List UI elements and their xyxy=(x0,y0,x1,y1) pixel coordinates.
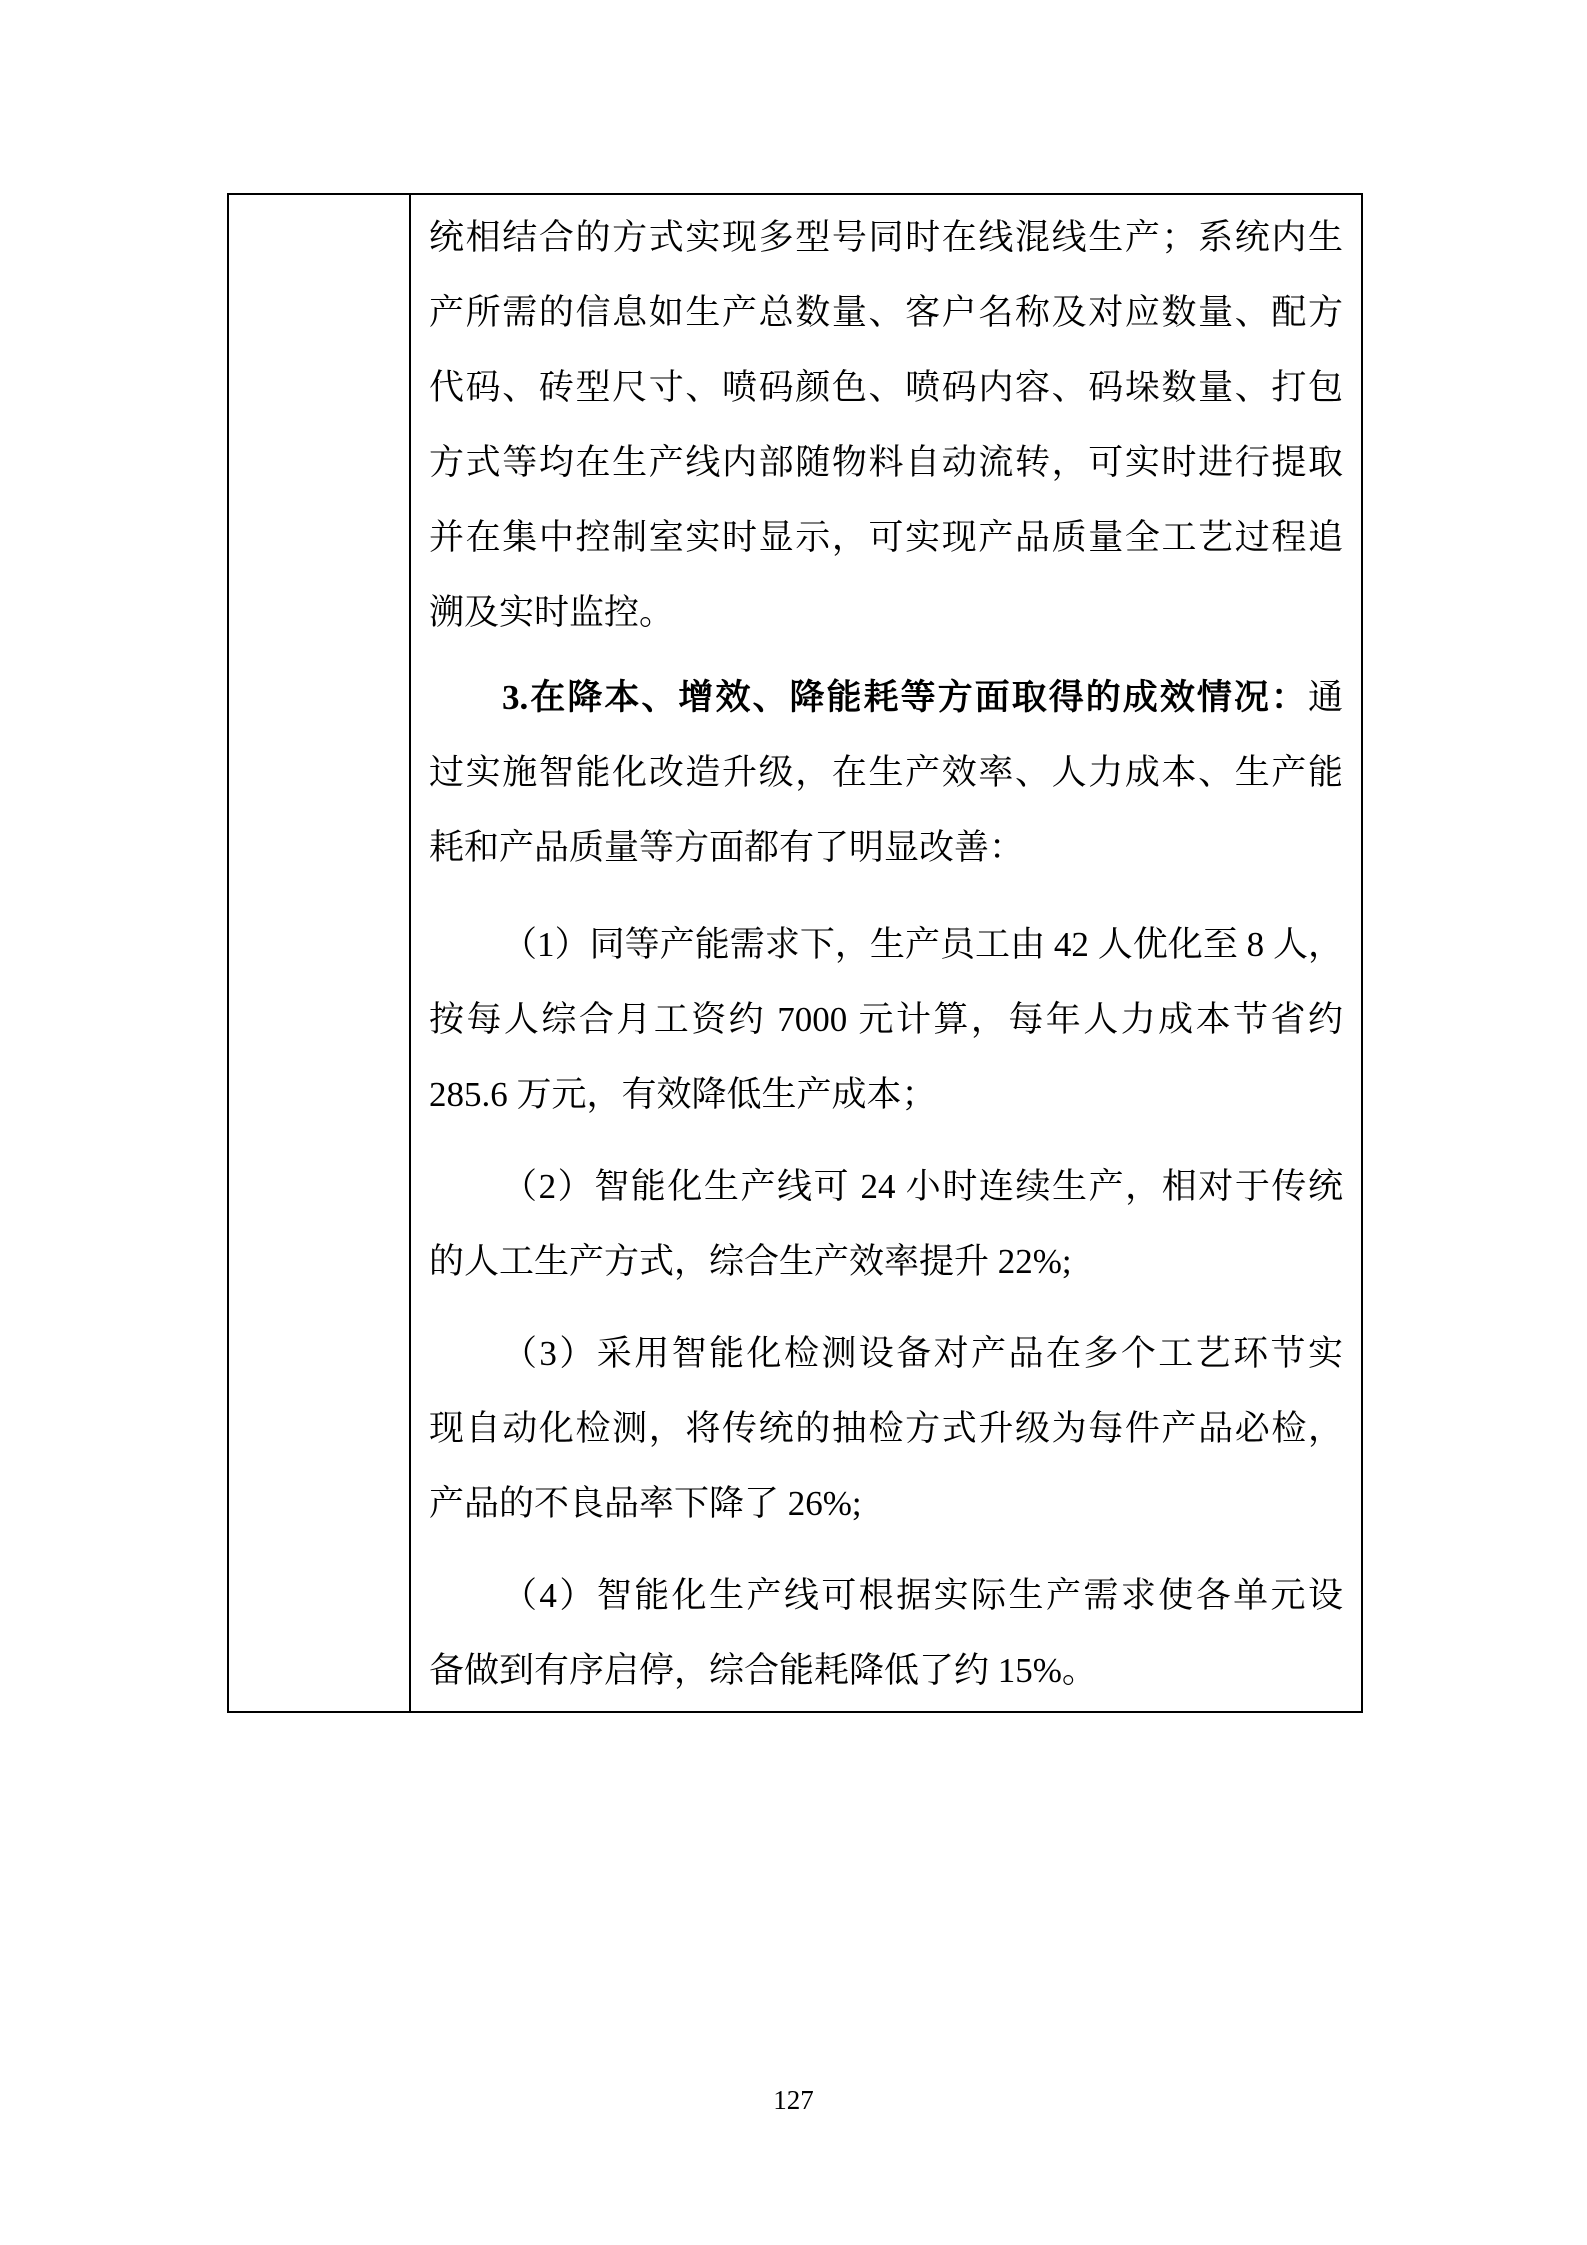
table-content-cell: 统相结合的方式实现多型号同时在线混线生产；系统内生 产所需的信息如生产总数量、客… xyxy=(411,195,1361,1711)
text-line-09: 耗和产品质量等方面都有了明显改善： xyxy=(429,810,1343,885)
text-line-07-section-heading: 3.在降本、增效、降能耗等方面取得的成效情况：通 xyxy=(429,660,1343,735)
text-line-18: （4）智能化生产线可根据实际生产需求使各单元设 xyxy=(429,1558,1343,1633)
section-heading-bold: 3.在降本、增效、降能耗等方面取得的成效情况： xyxy=(502,678,1308,717)
text-line-19: 备做到有序启停，综合能耗降低了约 15%。 xyxy=(429,1633,1343,1708)
text-line-06: 溯及实时监控。 xyxy=(429,575,1343,650)
text-line-12: 285.6 万元，有效降低生产成本； xyxy=(429,1057,1343,1132)
text-line-17: 产品的不良品率下降了 26%; xyxy=(429,1466,1343,1541)
text-line-01: 统相结合的方式实现多型号同时在线混线生产；系统内生 xyxy=(429,200,1343,275)
text-line-13: （2）智能化生产线可 24 小时连续生产，相对于传统 xyxy=(429,1149,1343,1224)
page-number: 127 xyxy=(0,2083,1587,2117)
text-line-08: 过实施智能化改造升级，在生产效率、人力成本、生产能 xyxy=(429,735,1343,810)
content-table: 统相结合的方式实现多型号同时在线混线生产；系统内生 产所需的信息如生产总数量、客… xyxy=(227,193,1363,1713)
text-line-04: 方式等均在生产线内部随物料自动流转，可实时进行提取 xyxy=(429,425,1343,500)
document-page: { "page": { "background": "#ffffff", "te… xyxy=(0,0,1587,2245)
text-line-10: （1）同等产能需求下，生产员工由 42 人优化至 8 人， xyxy=(429,907,1343,982)
text-line-02: 产所需的信息如生产总数量、客户名称及对应数量、配方 xyxy=(429,275,1343,350)
text-line-03: 代码、砖型尺寸、喷码颜色、喷码内容、码垛数量、打包 xyxy=(429,350,1343,425)
section-heading-tail: 通 xyxy=(1308,678,1343,717)
text-line-14: 的人工生产方式，综合生产效率提升 22%; xyxy=(429,1224,1343,1299)
text-line-15: （3）采用智能化检测设备对产品在多个工艺环节实 xyxy=(429,1316,1343,1391)
text-line-05: 并在集中控制室实时显示，可实现产品质量全工艺过程追 xyxy=(429,500,1343,575)
text-line-11: 按每人综合月工资约 7000 元计算，每年人力成本节省约 xyxy=(429,982,1343,1057)
table-empty-side-cell xyxy=(229,195,411,1711)
text-line-16: 现自动化检测，将传统的抽检方式升级为每件产品必检， xyxy=(429,1391,1343,1466)
